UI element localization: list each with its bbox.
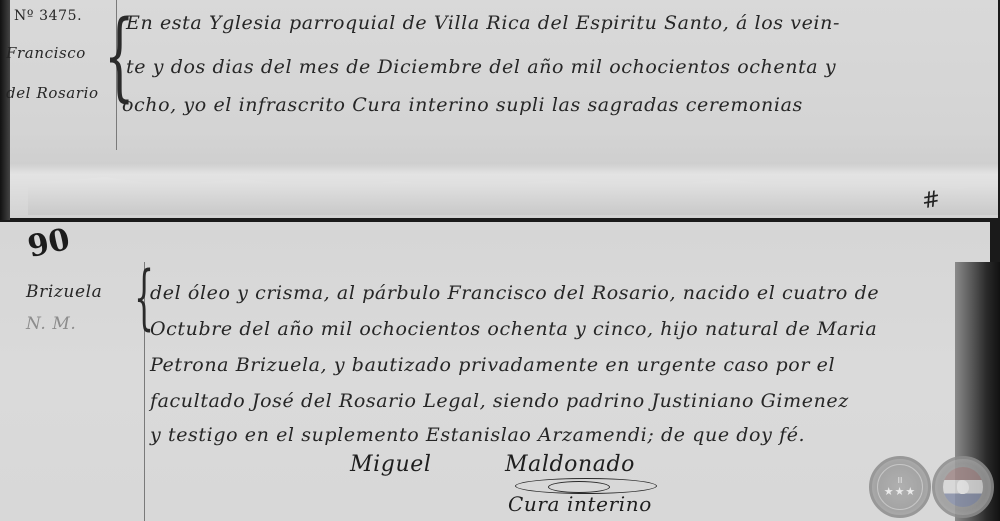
paraguay-flag-icon	[943, 467, 983, 507]
body-line-5: y testigo en el suplemento Estanislao Ar…	[150, 424, 805, 446]
map-icon	[957, 480, 969, 494]
signature-first-name: Miguel	[350, 452, 431, 477]
top-body-line-1: En esta Yglesia parroquial de Villa Rica…	[126, 12, 840, 34]
paraguay-seal	[932, 456, 994, 518]
binding-shadow	[0, 0, 10, 220]
margin-name-line-1: Francisco	[6, 44, 86, 62]
signature-title: Cura interino	[508, 492, 652, 516]
body-line-1: del óleo y crisma, al párbulo Francisco …	[150, 282, 879, 304]
body-line-3: Petrona Brizuela, y bautizado privadamen…	[150, 354, 835, 376]
seal-numeral: II	[898, 476, 903, 485]
stars-icon: ★★★	[884, 485, 917, 498]
torn-page-edge	[28, 175, 998, 215]
body-line-2: Octubre del año mil ochocientos ochenta …	[150, 318, 877, 340]
margin-name-line-2: del Rosario	[6, 84, 99, 102]
body-line-4: facultado José del Rosario Legal, siendo…	[150, 390, 849, 412]
entry-number: Nº 3475.	[14, 8, 82, 24]
top-body-line-3: ocho, yo el infrascrito Cura interino su…	[122, 94, 803, 116]
signature-surname: Maldonado	[505, 452, 635, 477]
archive-seal: II ★★★	[869, 456, 931, 518]
top-body-line-2: te y dos dias del mes de Diciembre del a…	[126, 56, 836, 78]
margin-surname: Brizuela	[26, 282, 102, 302]
margin-note: N. M.	[26, 314, 76, 334]
